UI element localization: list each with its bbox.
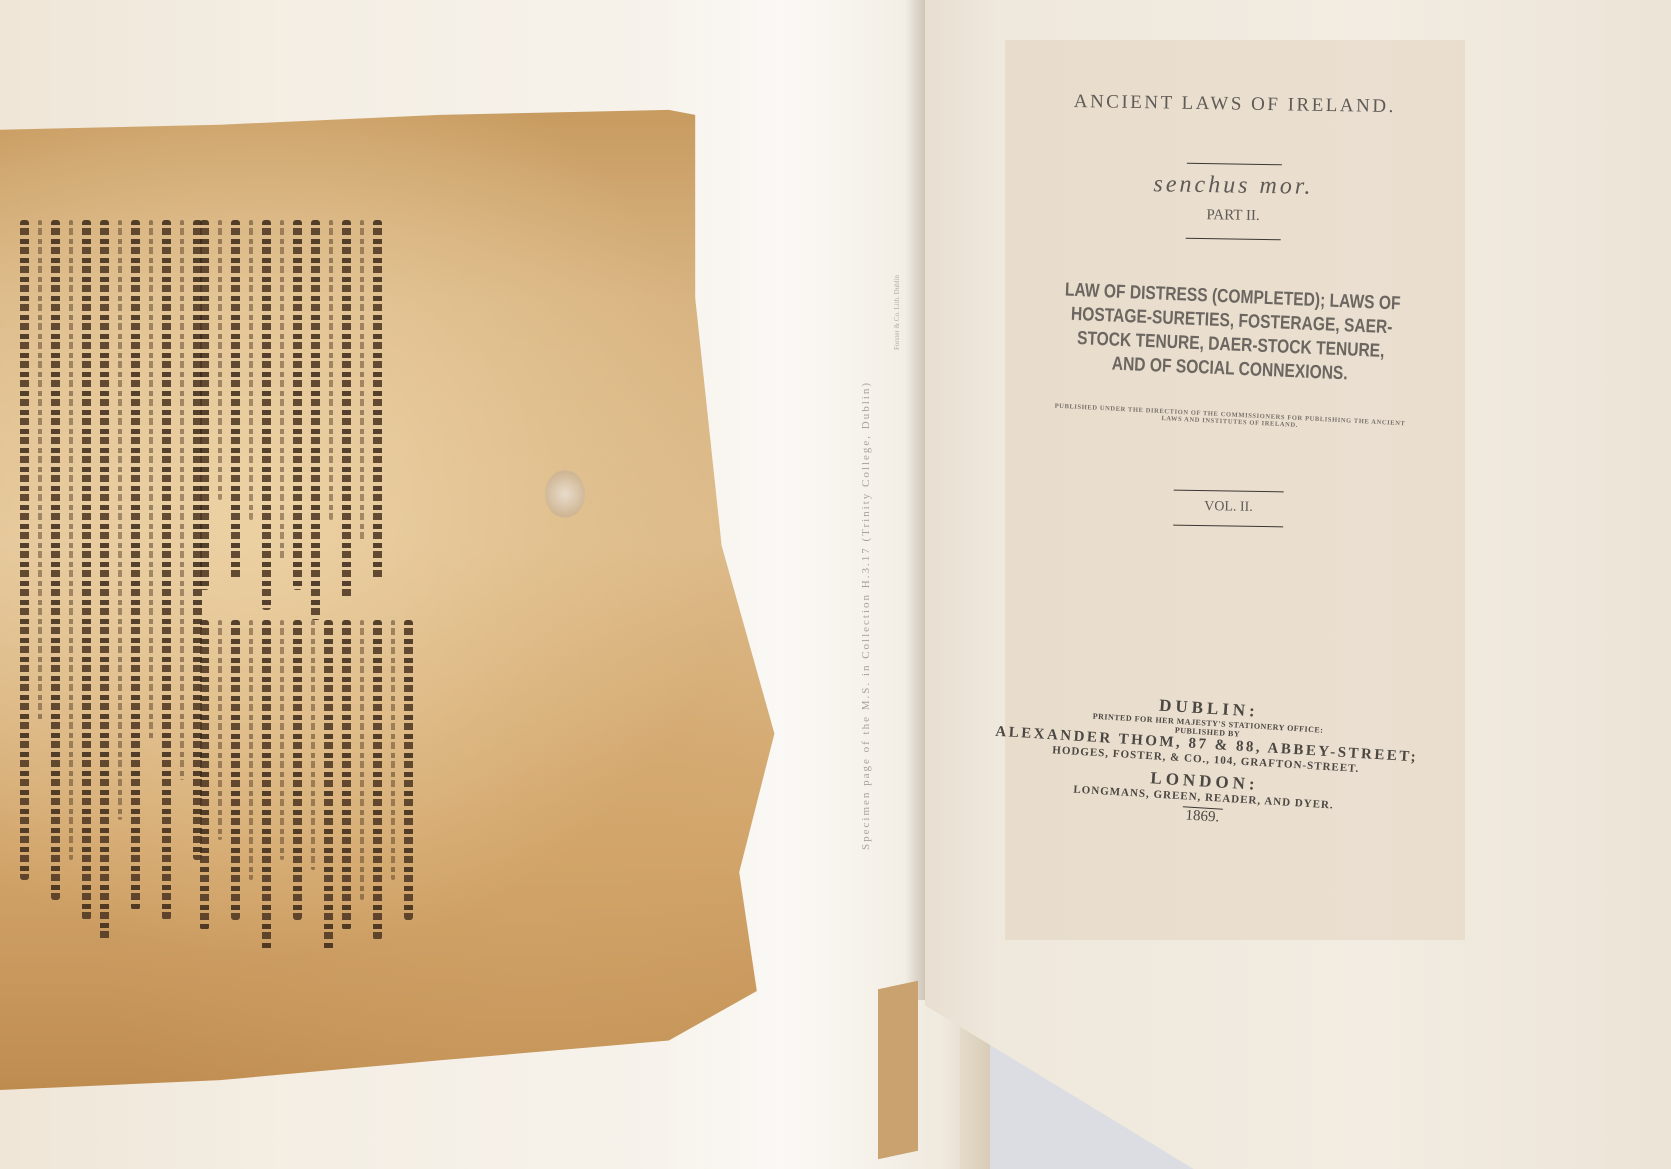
divider (1174, 490, 1284, 493)
manuscript-column-left (20, 220, 202, 1020)
folded-plate-edge (878, 981, 918, 1160)
title-block: ANCIENT LAWS OF IRELAND. senchus mor. PA… (1003, 90, 1460, 530)
volume-label: VOL. II. (1003, 496, 1453, 519)
divider (1185, 238, 1280, 240)
manuscript-column-lower (200, 620, 413, 980)
divider (1186, 163, 1281, 165)
plate-caption: Specimen page of the M.S. in Collection … (860, 190, 882, 850)
parchment-hole (545, 470, 585, 518)
part-label: PART II. (1008, 204, 1458, 228)
authority-statement: PUBLISHED UNDER THE DIRECTION OF THE COM… (1005, 400, 1455, 437)
subtitle: LAW OF DISTRESS (COMPLETED); LAWS OF HOS… (1045, 278, 1418, 389)
work-title: senchus mor. (1008, 169, 1458, 203)
